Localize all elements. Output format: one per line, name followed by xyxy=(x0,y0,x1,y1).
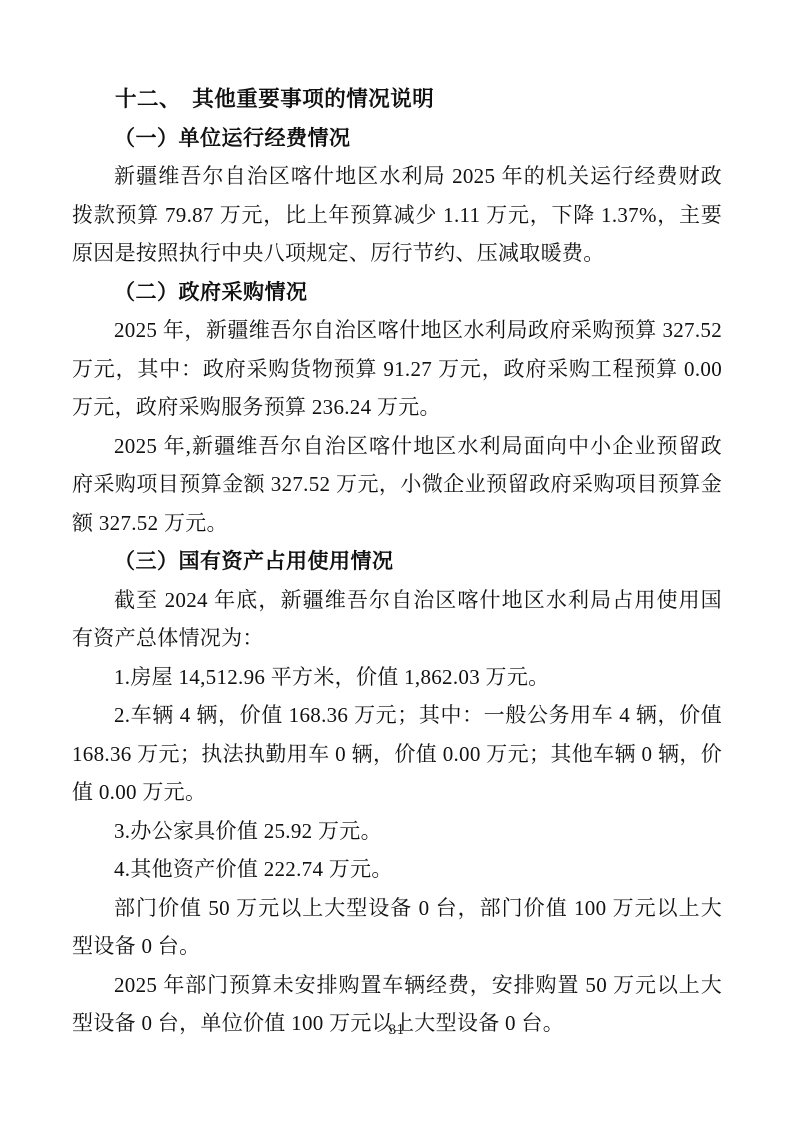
paragraph-procurement-budget: 2025 年，新疆维吾尔自治区喀什地区水利局政府采购预算 327.52 万元，其… xyxy=(72,311,722,427)
subsection-heading-state-owned-assets: （三）国有资产占用使用情况 xyxy=(72,542,722,581)
document-page: 十二、 其他重要事项的情况说明 （一）单位运行经费情况 新疆维吾尔自治区喀什地区… xyxy=(0,0,793,1122)
main-section-heading: 十二、 其他重要事项的情况说明 xyxy=(72,80,722,119)
paragraph-assets-furniture: 3.办公家具价值 25.92 万元。 xyxy=(72,812,722,851)
paragraph-assets-overview: 截至 2024 年底，新疆维吾尔自治区喀什地区水利局占用使用国有资产总体情况为： xyxy=(72,581,722,658)
paragraph-assets-housing: 1.房屋 14,512.96 平方米，价值 1,862.03 万元。 xyxy=(72,658,722,697)
document-body: 十二、 其他重要事项的情况说明 （一）单位运行经费情况 新疆维吾尔自治区喀什地区… xyxy=(72,80,722,1043)
page-number: 31 xyxy=(0,1022,793,1040)
paragraph-large-equipment-count: 部门价值 50 万元以上大型设备 0 台，部门价值 100 万元以上大型设备 0… xyxy=(72,889,722,966)
paragraph-assets-other: 4.其他资产价值 222.74 万元。 xyxy=(72,850,722,889)
subsection-heading-unit-operating-expenses: （一）单位运行经费情况 xyxy=(72,119,722,158)
paragraph-operating-expenses: 新疆维吾尔自治区喀什地区水利局 2025 年的机关运行经费财政拨款预算 79.8… xyxy=(72,157,722,273)
paragraph-assets-vehicles: 2.车辆 4 辆，价值 168.36 万元；其中：一般公务用车 4 辆，价值 1… xyxy=(72,696,722,812)
subsection-heading-government-procurement: （二）政府采购情况 xyxy=(72,273,722,312)
paragraph-procurement-sme-reserve: 2025 年,新疆维吾尔自治区喀什地区水利局面向中小企业预留政府采购项目预算金额… xyxy=(72,427,722,543)
